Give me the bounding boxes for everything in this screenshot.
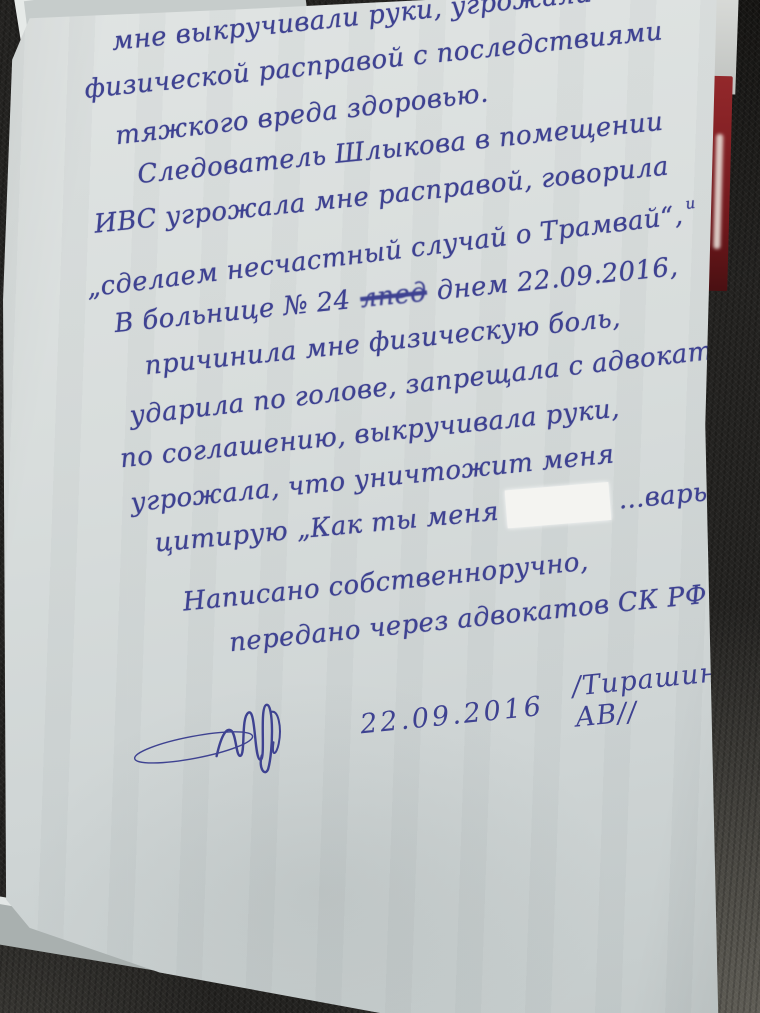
photo-of-handwritten-statement: мне выкручивали руки, угрожали физическо… bbox=[0, 0, 760, 1013]
superscript-insert: и bbox=[684, 194, 696, 213]
handwritten-text-block: мне выкручивали руки, угрожали физическо… bbox=[52, 0, 760, 789]
strikethrough-word: лпед bbox=[359, 278, 428, 315]
paper-sheet: мне выкручивали руки, угрожали физическо… bbox=[0, 0, 760, 1013]
signature-date: 22.09.2016 bbox=[359, 690, 546, 739]
redaction-box bbox=[505, 482, 612, 528]
signature-scribble bbox=[127, 687, 334, 789]
signature-row: 22.09.2016 /Тирашина АВ// bbox=[127, 641, 760, 789]
spine-text-blur bbox=[713, 134, 723, 249]
